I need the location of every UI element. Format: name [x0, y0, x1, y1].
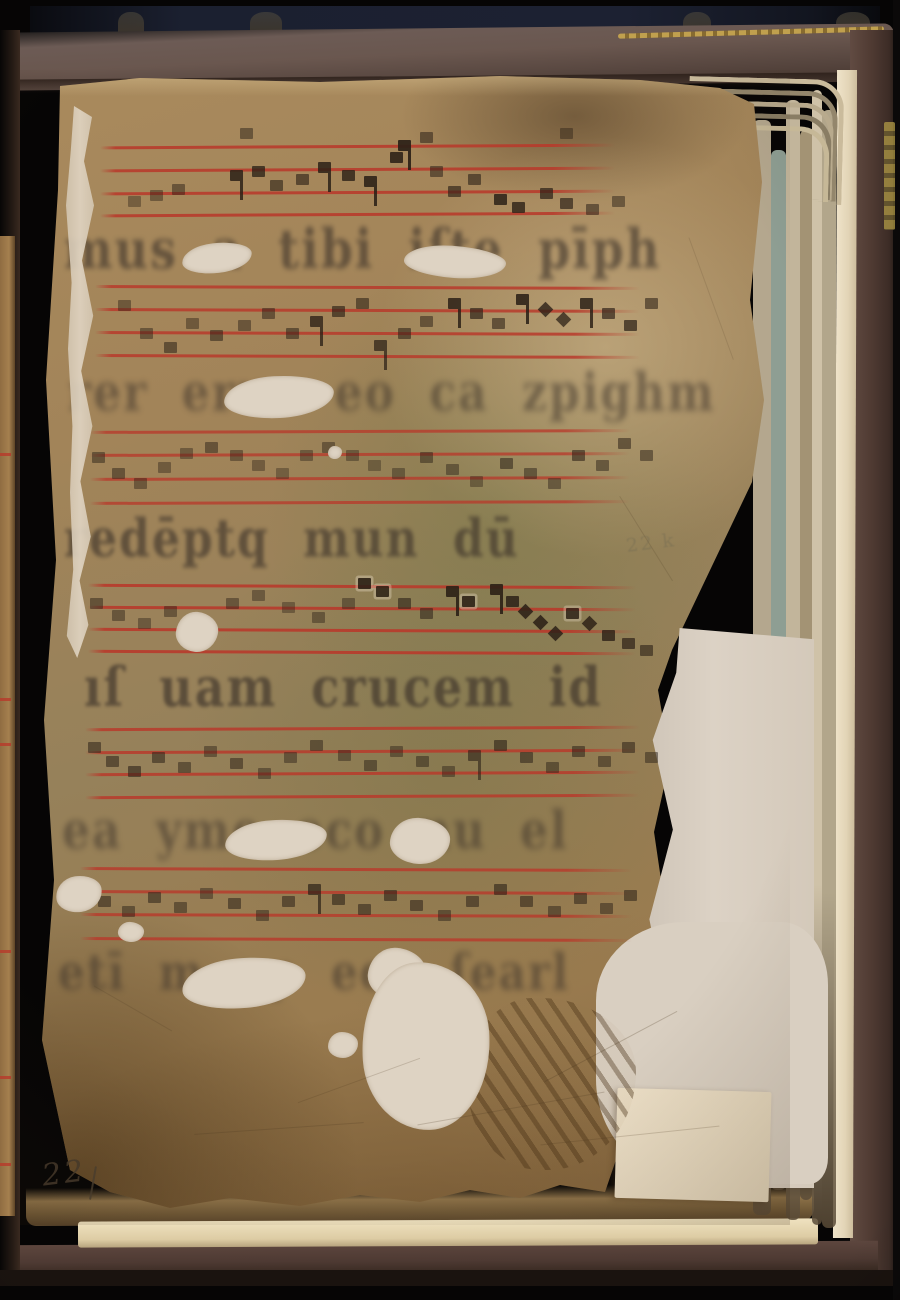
backing-sheet-corner: [614, 1088, 771, 1202]
leather-bottom-shadow: [0, 1270, 900, 1286]
left-gutter-underpage: [0, 236, 15, 1216]
manuscript-photo: mus a tibi iſte pīphrer erua eo ca zpigh…: [0, 0, 900, 1300]
folio-number: 22: [40, 1153, 88, 1193]
gold-trim-right: [884, 122, 895, 230]
text-block-right-edge: [833, 70, 857, 1238]
text-block-bottom-edge: [78, 1218, 818, 1247]
